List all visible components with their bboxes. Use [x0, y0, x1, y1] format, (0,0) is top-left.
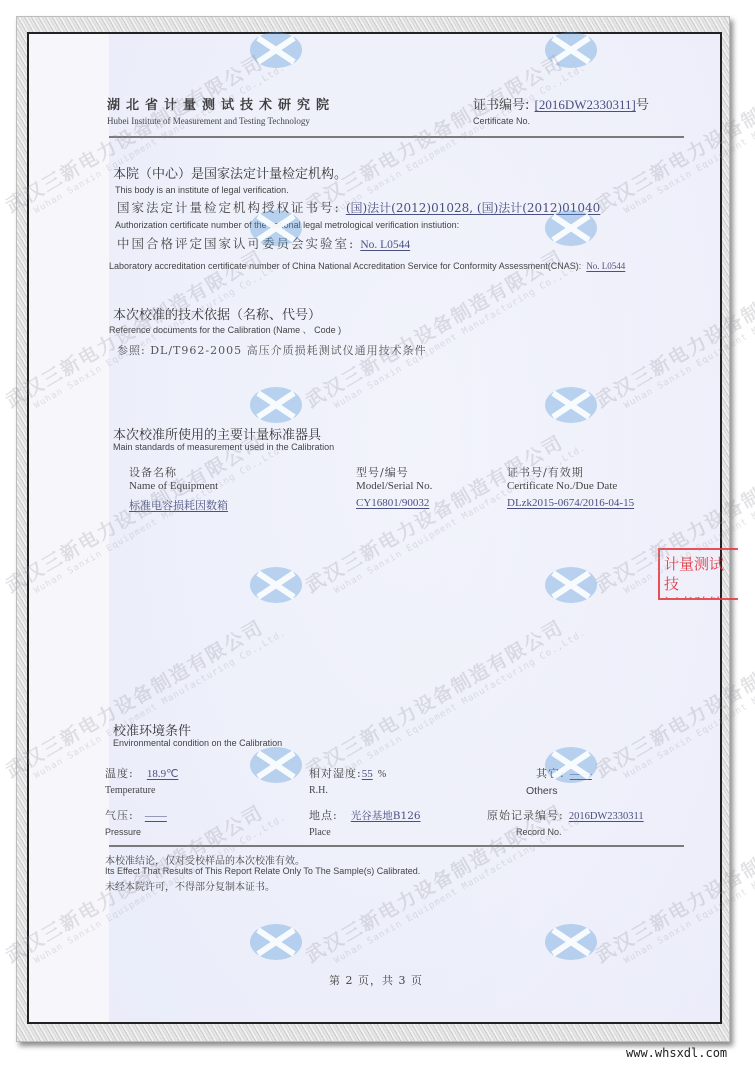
reference-title-en: Reference documents for the Calibration …	[109, 323, 341, 336]
humidity-label-en: R.H.	[309, 785, 328, 796]
standards-title-zh: 本次校准所使用的主要计量标准器具	[113, 424, 321, 443]
cnas-value: No. L0544	[360, 239, 410, 251]
col-name-zh: 设备名称	[129, 464, 177, 480]
others-label-en: Others	[526, 785, 558, 797]
note-copy-zh: 未经本院许可，不得部分复制本证书。	[105, 878, 275, 893]
reference-title-zh: 本次校准的技术依据（名称、代号）	[113, 304, 321, 323]
cert-no-label-en: Certificate No.	[473, 116, 530, 126]
others-label: 其它:	[536, 767, 565, 780]
website-url: www.whsxdl.com	[626, 1046, 727, 1060]
page-number: 第 2 页，共 3 页	[329, 972, 423, 988]
cnas-en-value: No. L0544	[586, 261, 625, 271]
cnas-label: 中国合格评定国家认可委员会实验室:	[117, 236, 355, 251]
col-cert-en: Certificate No./Due Date	[507, 480, 617, 492]
record-field: 原始记录编号: 2016DW2330311	[487, 804, 644, 823]
others-field: 其它: ——	[536, 762, 592, 781]
place-value: 光谷基地B126	[351, 810, 421, 822]
authority-statement-zh: 本院（中心）是国家法定计量检定机构。	[113, 163, 347, 182]
certificate-page: 湖北省计量测试技术研究院 Hubei Institute of Measurem…	[27, 32, 722, 1024]
pressure-value: ——	[145, 810, 167, 822]
temperature-label-en: Temperature	[105, 785, 155, 796]
standards-title-en: Main standards of measurement used in th…	[113, 442, 334, 452]
authority-statement-en: This body is an institute of legal verif…	[115, 185, 289, 195]
environment-title-en: Environmental condition on the Calibrati…	[113, 738, 282, 748]
place-label-en: Place	[309, 827, 331, 838]
record-label-en: Record No.	[516, 827, 562, 837]
reference-content: 参照: DL/T962-2005 高压介质损耗测试仪通用技术条件	[117, 342, 427, 358]
pressure-label: 气压:	[105, 809, 134, 822]
cnas-en: Laboratory accreditation certificate num…	[109, 261, 581, 271]
institute-name-zh: 湖北省计量测试技术研究院	[107, 94, 335, 113]
cnas-en-line: Laboratory accreditation certificate num…	[109, 254, 625, 273]
seal-stamp: 计量测试技 证书骑缝章	[658, 548, 738, 600]
cnas-line: 中国合格评定国家认可委员会实验室: No. L0544	[117, 233, 410, 252]
col-cert-zh: 证书号/有效期	[507, 464, 584, 480]
authorization-label: 国家法定计量检定机构授权证书号:	[117, 200, 341, 215]
humidity-label: 相对湿度:	[309, 767, 362, 780]
place-field: 地点: 光谷基地B126	[309, 804, 421, 823]
others-value: ——	[570, 768, 592, 780]
record-label: 原始记录编号:	[487, 809, 564, 822]
authorization-value: (国)法计(2012)01028, (国)法计(2012)01040	[346, 201, 601, 215]
authorization-en: Authorization certificate number of the …	[115, 220, 459, 230]
pressure-label-en: Pressure	[105, 827, 141, 837]
institute-name-en: Hubei Institute of Measurement and Testi…	[107, 116, 310, 126]
note-validity-en: Its Effect That Results of This Report R…	[105, 866, 420, 876]
header-divider	[109, 136, 684, 138]
cert-no-label: 证书编号:	[473, 98, 529, 113]
stamp-line-1: 计量测试技	[664, 554, 738, 594]
temperature-label: 温度:	[105, 767, 134, 780]
note-validity-zh: 本校准结论，仅对受校样品的本次校准有效。	[105, 852, 305, 867]
humidity-value: 55	[362, 768, 373, 780]
temperature-value: 18.9℃	[147, 768, 179, 780]
record-value: 2016DW2330311	[569, 811, 644, 822]
equipment-model: CY16801/90032	[356, 497, 429, 509]
equipment-certificate: DLzk2015-0674/2016-04-15	[507, 497, 634, 509]
stamp-line-2: 证书骑缝章	[664, 594, 738, 600]
environment-divider	[109, 845, 684, 847]
authorization-line: 国家法定计量检定机构授权证书号: (国)法计(2012)01028, (国)法计…	[117, 197, 600, 216]
humidity-unit: %	[378, 769, 386, 780]
environment-title-zh: 校准环境条件	[113, 720, 191, 739]
cert-no-suffix: 号	[636, 98, 649, 113]
temperature-field: 温度: 18.9℃	[105, 762, 178, 781]
place-label: 地点:	[309, 809, 338, 822]
cert-no-value: [2016DW2330311]	[534, 97, 635, 112]
pressure-field: 气压: ——	[105, 804, 167, 823]
col-model-en: Model/Serial No.	[356, 480, 432, 492]
equipment-name: 标准电容损耗因数箱	[129, 497, 228, 513]
humidity-field: 相对湿度:55 %	[309, 762, 386, 781]
col-name-en: Name of Equipment	[129, 480, 218, 492]
certificate-number: 证书编号: [2016DW2330311]号	[473, 94, 649, 113]
col-model-zh: 型号/编号	[356, 464, 409, 480]
